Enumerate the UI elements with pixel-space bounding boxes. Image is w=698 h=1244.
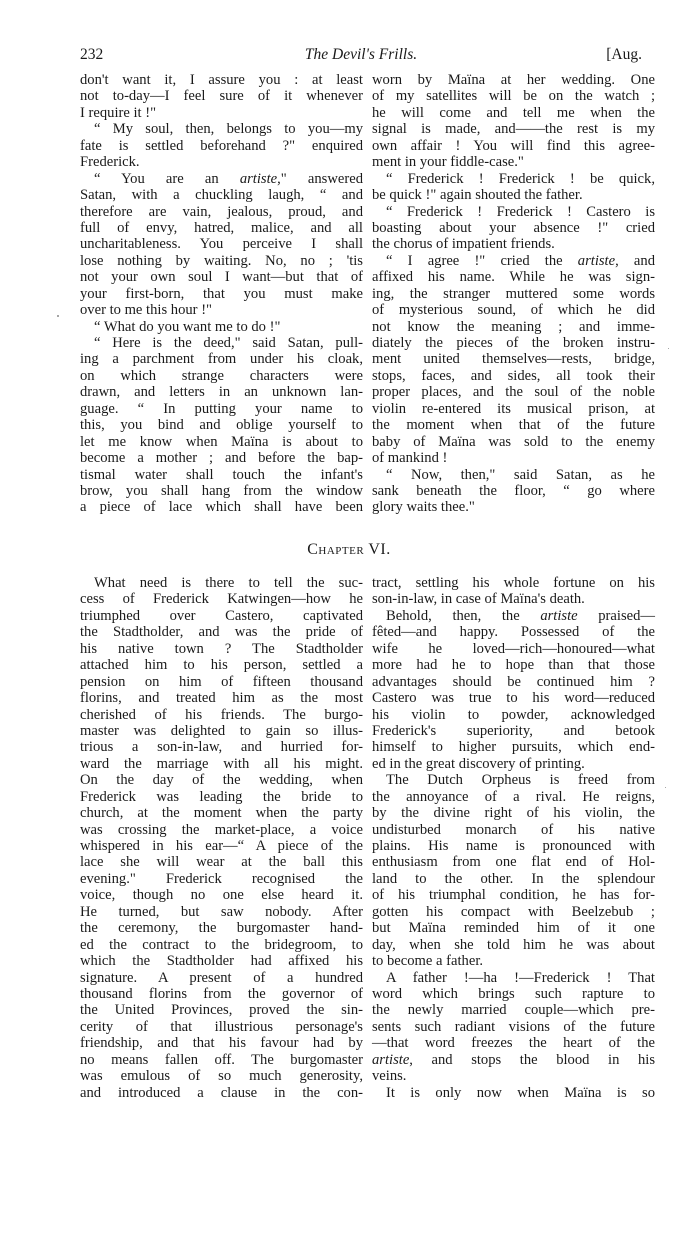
text-line: a piece of lace which shall have been bbox=[80, 499, 363, 515]
running-title: The Devil's Frills. bbox=[80, 46, 642, 64]
text-line: fate is settled beforehand ?" enquired bbox=[80, 138, 363, 154]
text-line: let me know when Maïna is about to bbox=[80, 434, 363, 450]
text-line: more had he to hope than that those bbox=[372, 657, 655, 673]
text-line: thousand florins from the governor of bbox=[80, 986, 363, 1002]
text-line: Frederick's superiority, and betook bbox=[372, 723, 655, 739]
text-line: affixed his name. While he was sign- bbox=[372, 269, 655, 285]
text-line: ment united themselves—rests, bridge, bbox=[372, 351, 655, 367]
text-line: drawn, and letters in an unknown lan- bbox=[80, 384, 363, 400]
text-line: was emulous of so much generosity, bbox=[80, 1068, 363, 1084]
text-line: diately the pieces of the broken instru- bbox=[372, 335, 655, 351]
text-line: your first-born, that you must make bbox=[80, 286, 363, 302]
text-line: by the divine right of his violin, the bbox=[372, 805, 655, 821]
text-line: his violin to powder, acknowledged bbox=[372, 707, 655, 723]
text-line: “ My soul, then, belongs to you—my bbox=[80, 121, 363, 137]
text-line: veins. bbox=[372, 1068, 655, 1084]
text-line: “ What do you want me to do !" bbox=[80, 319, 363, 335]
text-line: whispered in his ear—“ A piece of the bbox=[80, 838, 363, 854]
chapter-heading: Chapter VI. bbox=[0, 541, 698, 559]
column-bottom-right: tract, settling his whole fortune on his… bbox=[372, 575, 655, 1101]
print-speck bbox=[668, 348, 669, 349]
text-line: uncharitableness. You perceive I shall bbox=[80, 236, 363, 252]
text-line: don't want it, I assure you : at least bbox=[80, 72, 363, 88]
text-line: to become a father. bbox=[372, 953, 655, 969]
text-line: cerity of that illustrious personage's bbox=[80, 1019, 363, 1035]
text-line: and introduced a clause in the con- bbox=[80, 1085, 363, 1101]
text-line: signature. A present of a hundred bbox=[80, 970, 363, 986]
text-line: glory waits thee." bbox=[372, 499, 655, 515]
text-line: no means fallen off. The burgomaster bbox=[80, 1052, 363, 1068]
text-line: therefore are vain, jealous, proud, and bbox=[80, 204, 363, 220]
text-line: ed in the great discovery of printing. bbox=[372, 756, 655, 772]
text-line: which the Stadtholder had affixed his bbox=[80, 953, 363, 969]
text-line: sank beneath the floor, “ go where bbox=[372, 483, 655, 499]
column-top-left: don't want it, I assure you : at leastno… bbox=[80, 72, 363, 516]
text-line: He turned, but saw nobody. After bbox=[80, 904, 363, 920]
text-line: lace she will wear at the ball this bbox=[80, 854, 363, 870]
text-line: full of envy, hatred, malice, and all bbox=[80, 220, 363, 236]
text-line: enthusiasm from one flat end of Hol- bbox=[372, 854, 655, 870]
text-line: “ I agree !" cried the artiste, and bbox=[372, 253, 655, 269]
text-line: fêted—and happy. Possessed of the bbox=[372, 624, 655, 640]
text-line: the ceremony, the burgomaster hand- bbox=[80, 920, 363, 936]
text-line: proper places, and the soul of the noble bbox=[372, 384, 655, 400]
text-line: friendship, and that his favour had by bbox=[80, 1035, 363, 1051]
text-line: Behold, then, the artiste praised— bbox=[372, 608, 655, 624]
text-line: over to me this hour !" bbox=[80, 302, 363, 318]
text-line: land to the other. In the splendour bbox=[372, 871, 655, 887]
text-line: —that word freezes the heart of the bbox=[372, 1035, 655, 1051]
text-line: It is only now when Maïna is so bbox=[372, 1085, 655, 1101]
text-line: own affair ! You will find this agree- bbox=[372, 138, 655, 154]
text-line: “ Here is the deed," said Satan, pull- bbox=[80, 335, 363, 351]
column-bottom-left: What need is there to tell the suc-cess … bbox=[80, 575, 363, 1101]
text-line: day, when she told him he was about bbox=[372, 937, 655, 953]
text-line: stops, faces, and sides, all took their bbox=[372, 368, 655, 384]
text-line: the chorus of impatient friends. bbox=[372, 236, 655, 252]
text-line: the newly married couple—which pre- bbox=[372, 1002, 655, 1018]
text-line: violin re-entered its musical prison, at bbox=[372, 401, 655, 417]
text-line: I require it !" bbox=[80, 105, 363, 121]
text-line: the Stadtholder, and was the pride of bbox=[80, 624, 363, 640]
text-line: his native town ? The Stadtholder bbox=[80, 641, 363, 657]
text-line: word which brings such rapture to bbox=[372, 986, 655, 1002]
text-line: become a mother ; and before the bap- bbox=[80, 450, 363, 466]
text-line: cherished of his friends. The burgo- bbox=[80, 707, 363, 723]
text-line: A father !—ha !—Frederick ! That bbox=[372, 970, 655, 986]
text-line: trious a son-in-law, and hurried for- bbox=[80, 739, 363, 755]
text-line: “ Frederick ! Frederick ! Castero is bbox=[372, 204, 655, 220]
text-line: boasting about your absence !" cried bbox=[372, 220, 655, 236]
text-line: of mankind ! bbox=[372, 450, 655, 466]
text-line: evening." Frederick recognised the bbox=[80, 871, 363, 887]
text-line: son-in-law, in case of Maïna's death. bbox=[372, 591, 655, 607]
text-line: cess of Frederick Katwingen—how he bbox=[80, 591, 363, 607]
text-line: voice, though no one else heard it. bbox=[80, 887, 363, 903]
text-line: baby of Maïna was sold to the enemy bbox=[372, 434, 655, 450]
text-line: attached him to his person, settled a bbox=[80, 657, 363, 673]
text-line: Satan, with a chuckling laugh, “ and bbox=[80, 187, 363, 203]
text-line: ing, the stranger muttered some words bbox=[372, 286, 655, 302]
print-speck bbox=[665, 787, 666, 788]
text-line: pension on him of fifteen thousand bbox=[80, 674, 363, 690]
text-line: not to-day—I feel sure of it whenever bbox=[80, 88, 363, 104]
text-line: plains. His name is pronounced with bbox=[372, 838, 655, 854]
text-line: the United Provinces, proved the sin- bbox=[80, 1002, 363, 1018]
text-line: The Dutch Orpheus is freed from bbox=[372, 772, 655, 788]
text-line: the moment when that of the future bbox=[372, 417, 655, 433]
running-header: 232 The Devil's Frills. [Aug. bbox=[80, 46, 642, 66]
issue-month: [Aug. bbox=[606, 46, 642, 64]
text-line: Frederick was leading the bride to bbox=[80, 789, 363, 805]
chapter-heading-text: Chapter VI. bbox=[307, 541, 391, 558]
text-line: florins, and treated him as the most bbox=[80, 690, 363, 706]
text-line: tismal water shall touch the infant's bbox=[80, 467, 363, 483]
text-line: master was delighted to gain so illus- bbox=[80, 723, 363, 739]
text-line: triumphed over Castero, captivated bbox=[80, 608, 363, 624]
text-line: be quick !" again shouted the father. bbox=[372, 187, 655, 203]
text-line: “ Now, then," said Satan, as he bbox=[372, 467, 655, 483]
text-line: this, you bind and oblige yourself to bbox=[80, 417, 363, 433]
text-line: lose nothing by waiting. No, no ; 'tis bbox=[80, 253, 363, 269]
print-speck bbox=[57, 315, 59, 317]
text-line: he will come and tell me when the bbox=[372, 105, 655, 121]
text-line: On the day of the wedding, when bbox=[80, 772, 363, 788]
text-line: ment in your fiddle-case." bbox=[372, 154, 655, 170]
text-line: was crossing the market-place, a voice bbox=[80, 822, 363, 838]
text-line: brow, you shall hang from the window bbox=[80, 483, 363, 499]
text-line: guage. “ In putting your name to bbox=[80, 401, 363, 417]
text-line: wife he loved—rich—honoured—what bbox=[372, 641, 655, 657]
text-line: not your own soul I want—but that of bbox=[80, 269, 363, 285]
text-line: of mysterious sound, of which he did bbox=[372, 302, 655, 318]
text-line: sents such radiant visions of the future bbox=[372, 1019, 655, 1035]
text-line: advantages should be continued him ? bbox=[372, 674, 655, 690]
text-line: “ Frederick ! Frederick ! be quick, bbox=[372, 171, 655, 187]
text-line: signal is made, and——the rest is my bbox=[372, 121, 655, 137]
text-line: ed the contract to the bridegroom, to bbox=[80, 937, 363, 953]
text-line: artiste, and stops the blood in his bbox=[372, 1052, 655, 1068]
column-top-right: worn by Maïna at her wedding. Oneof my s… bbox=[372, 72, 655, 516]
text-line: ing a parchment from under his cloak, bbox=[80, 351, 363, 367]
text-line: on which strange characters were bbox=[80, 368, 363, 384]
text-line: Castero was true to his word—reduced bbox=[372, 690, 655, 706]
text-line: but Maïna reminded him of it one bbox=[372, 920, 655, 936]
text-line: “ You are an artiste," answered bbox=[80, 171, 363, 187]
text-line: worn by Maïna at her wedding. One bbox=[372, 72, 655, 88]
text-line: ward the marriage with all his might. bbox=[80, 756, 363, 772]
text-line: undisturbed monarch of his native bbox=[372, 822, 655, 838]
text-line: tract, settling his whole fortune on his bbox=[372, 575, 655, 591]
text-line: Frederick. bbox=[80, 154, 363, 170]
text-line: the annoyance of a rival. He reigns, bbox=[372, 789, 655, 805]
text-line: of my satellites will be on the watch ; bbox=[372, 88, 655, 104]
book-page: 232 The Devil's Frills. [Aug. don't want… bbox=[0, 0, 698, 1244]
text-line: What need is there to tell the suc- bbox=[80, 575, 363, 591]
text-line: church, at the moment when the party bbox=[80, 805, 363, 821]
text-line: himself to higher pursuits, which end- bbox=[372, 739, 655, 755]
text-line: of his triumphal condition, he has for- bbox=[372, 887, 655, 903]
text-line: gotten his compact with Beelzebub ; bbox=[372, 904, 655, 920]
text-line: not know the meaning ; and imme- bbox=[372, 319, 655, 335]
